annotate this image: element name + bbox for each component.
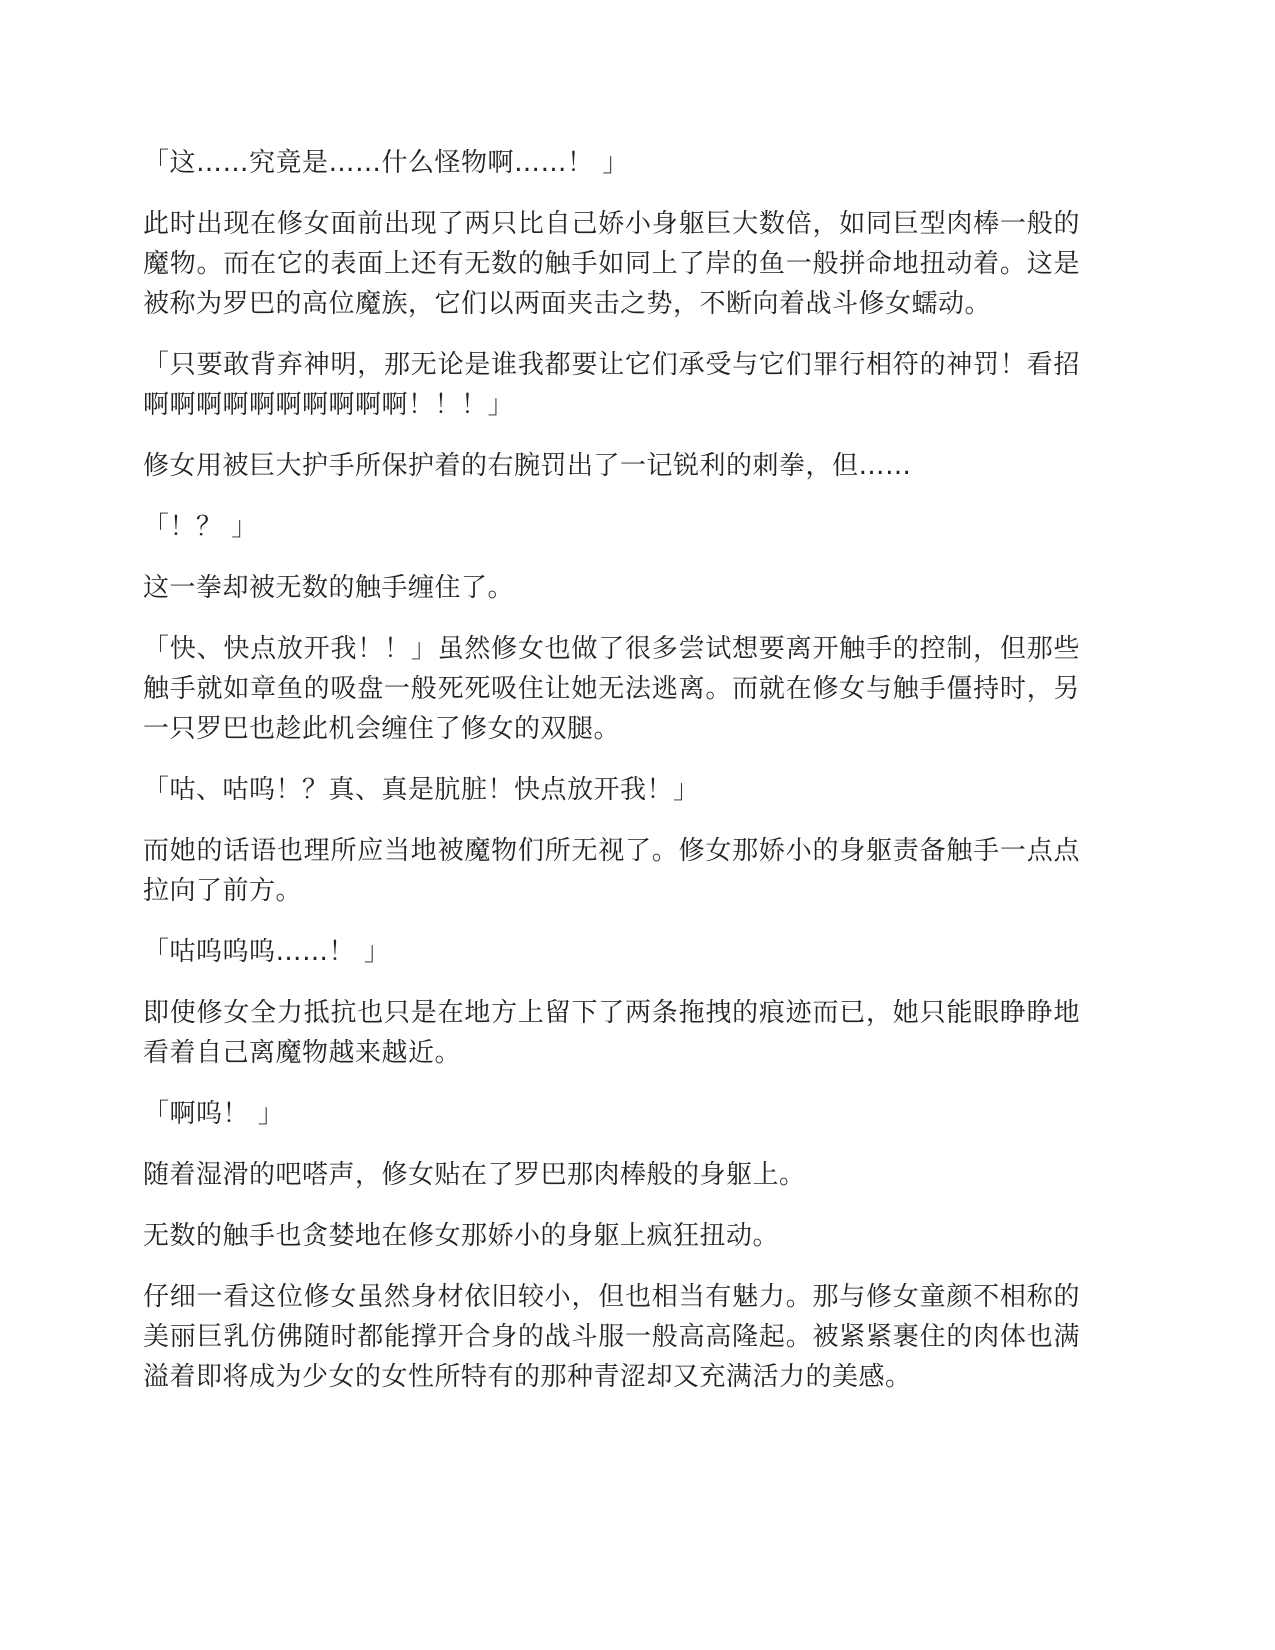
narration-paragraph: 这一拳却被无数的触手缠住了。 [143,568,1080,608]
dialogue-paragraph: 「啊呜！ 」 [143,1094,1080,1134]
dialogue-paragraph: 「咕、咕呜！？真、真是肮脏！快点放开我！」 [143,770,1080,810]
narration-paragraph: 此时出现在修女面前出现了两只比自己娇小身躯巨大数倍，如同巨型肉棒一般的魔物。而在… [143,204,1080,324]
narration-paragraph: 修女用被巨大护手所保护着的右腕罚出了一记锐利的刺拳，但…… [143,446,1080,486]
narration-paragraph: 即使修女全力抵抗也只是在地方上留下了两条拖拽的痕迹而已，她只能眼睁睁地看着自己离… [143,993,1080,1073]
narration-paragraph: 随着湿滑的吧嗒声，修女贴在了罗巴那肉棒般的身躯上。 [143,1155,1080,1195]
dialogue-paragraph: 「咕呜呜呜……！ 」 [143,932,1080,972]
novel-text-column: 「这……究竟是……什么怪物啊……！ 」此时出现在修女面前出现了两只比自己娇小身躯… [143,143,1080,1397]
document-page: 「这……究竟是……什么怪物啊……！ 」此时出现在修女面前出现了两只比自己娇小身躯… [0,0,1275,1650]
narration-paragraph: 无数的触手也贪婪地在修女那娇小的身躯上疯狂扭动。 [143,1216,1080,1256]
narration-paragraph: 「快、快点放开我！！」虽然修女也做了很多尝试想要离开触手的控制，但那些触手就如章… [143,629,1080,749]
narration-paragraph: 而她的话语也理所应当地被魔物们所无视了。修女那娇小的身躯责备触手一点点拉向了前方… [143,831,1080,911]
dialogue-paragraph: 「这……究竟是……什么怪物啊……！ 」 [143,143,1080,183]
narration-paragraph: 仔细一看这位修女虽然身材依旧较小，但也相当有魅力。那与修女童颜不相称的美丽巨乳仿… [143,1277,1080,1397]
dialogue-paragraph: 「只要敢背弃神明，那无论是谁我都要让它们承受与它们罪行相符的神罚！看招啊啊啊啊啊… [143,345,1080,425]
dialogue-paragraph: 「！？ 」 [143,507,1080,547]
